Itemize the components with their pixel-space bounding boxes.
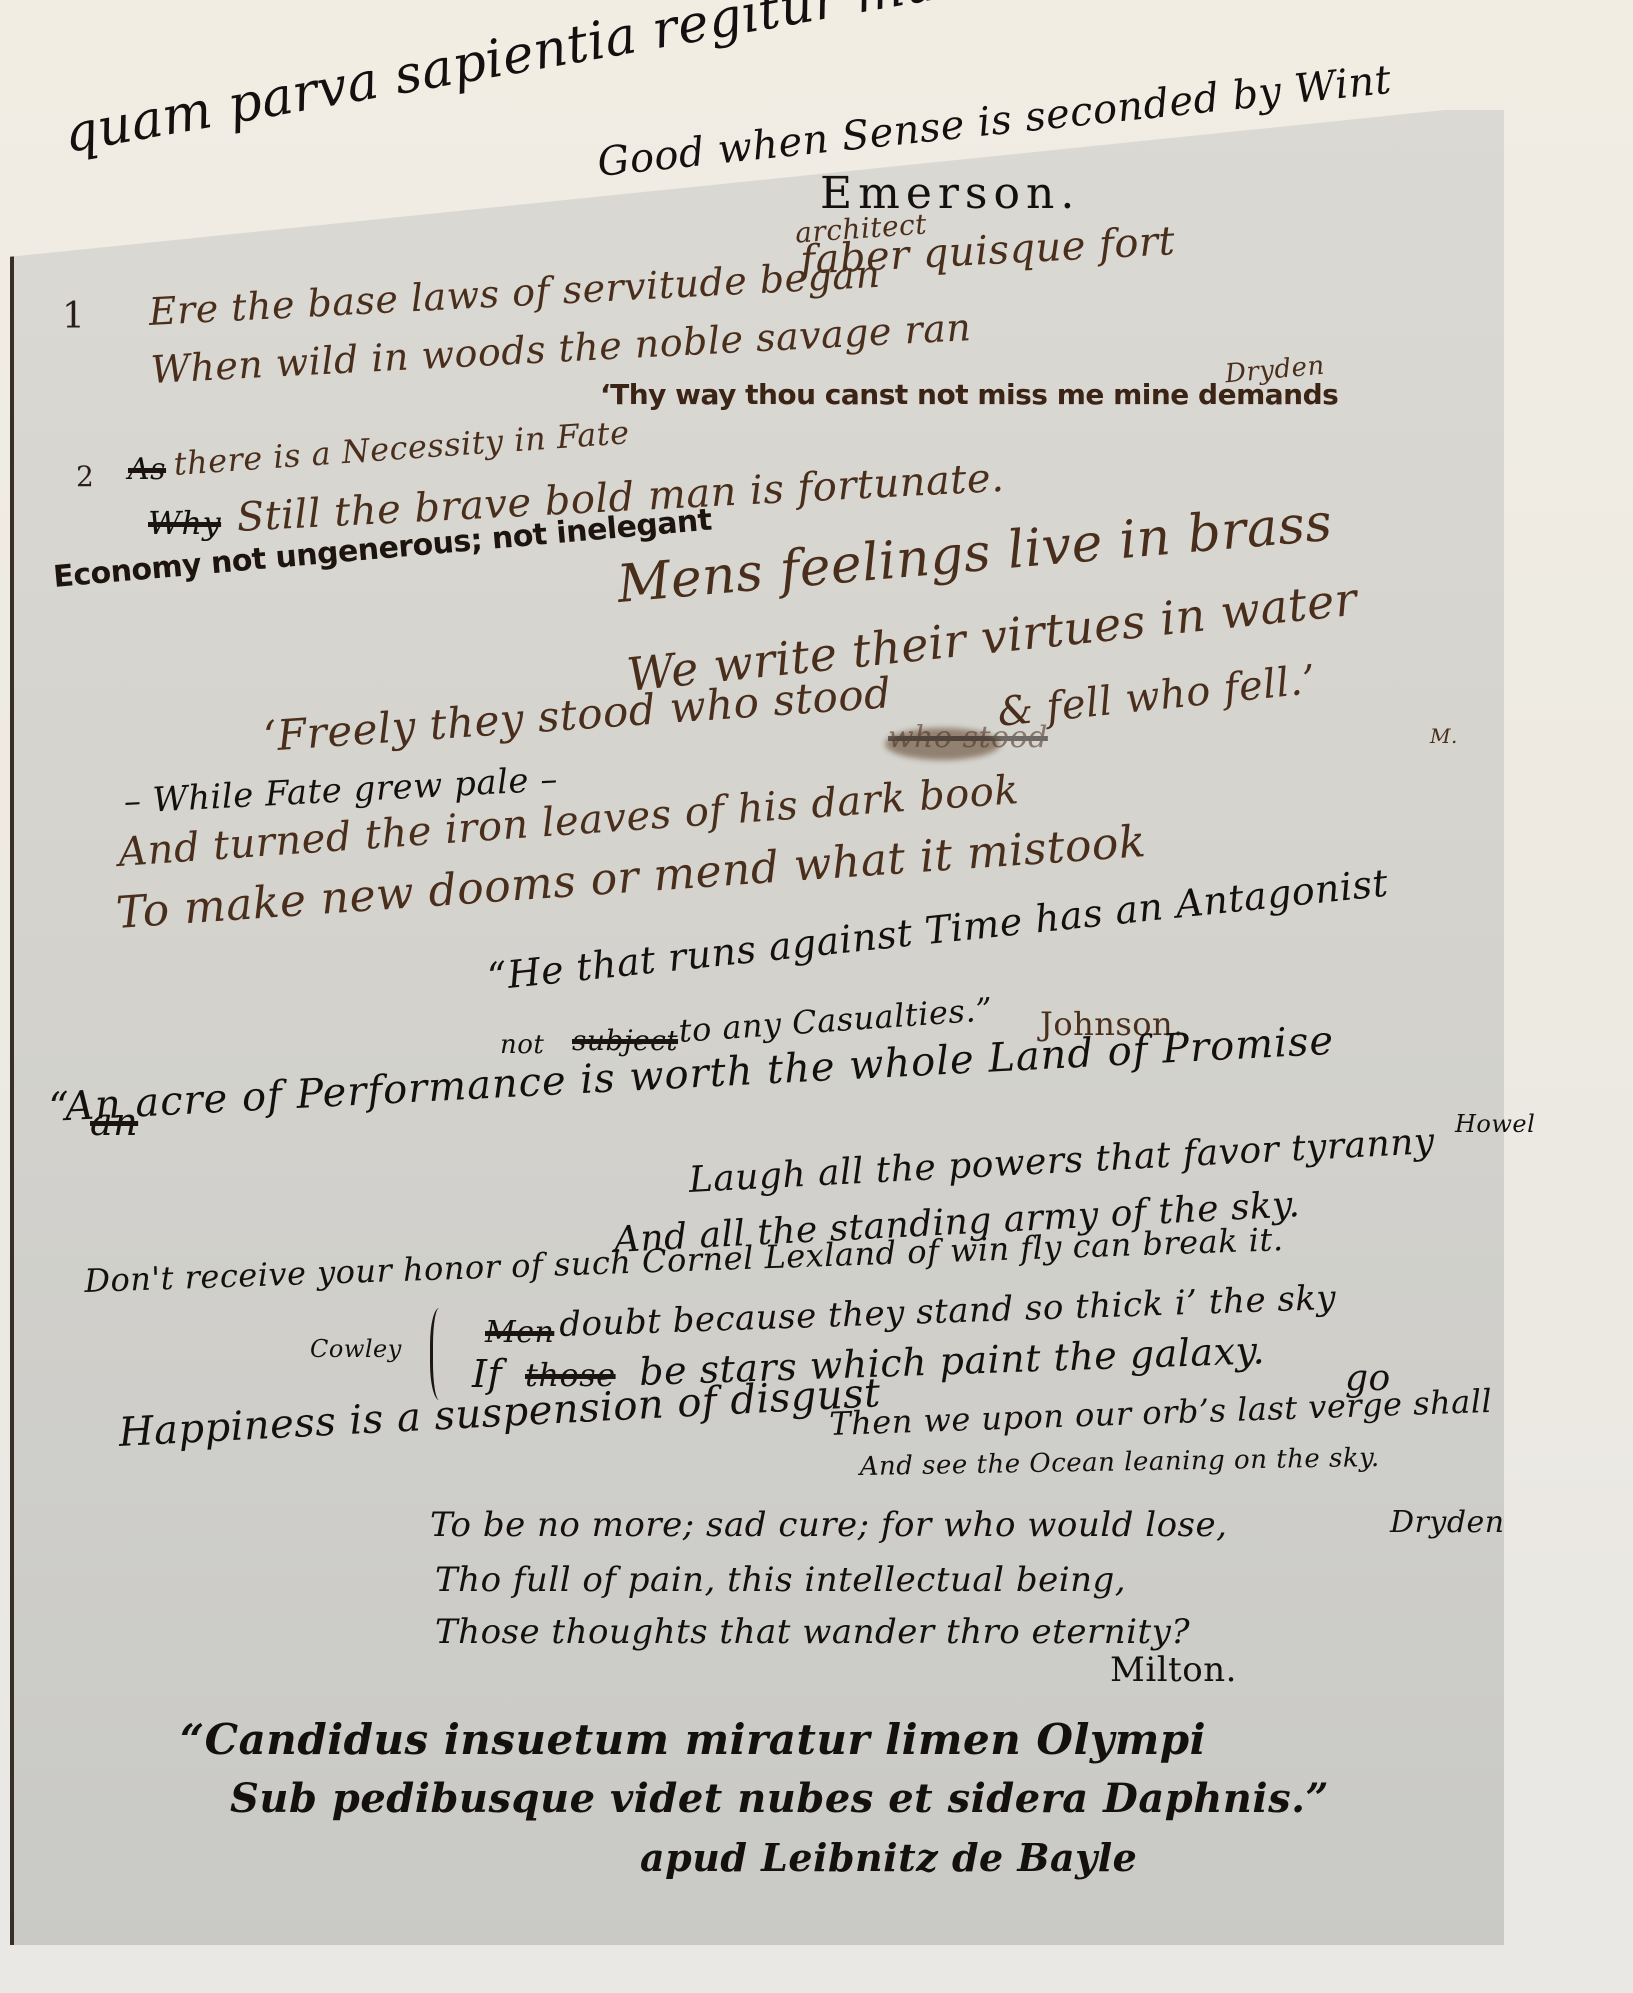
attribution-cowley: Cowley xyxy=(310,1335,402,1363)
margin-number-2: 2 xyxy=(76,460,94,493)
attribution-milton: Milton. xyxy=(1110,1650,1237,1690)
line-sub-pedibusque: Sub pedibusque videt nubes et sidera Dap… xyxy=(230,1775,1329,1822)
line-to-be-no-more: To be no more; sad cure; for who would l… xyxy=(430,1505,1227,1545)
line-not: not xyxy=(500,1030,544,1060)
attribution-leibnitz-bayle: apud Leibnitz de Bayle xyxy=(640,1835,1137,1880)
line-thy-way-thou-canst: ‘Thy way thou canst not miss me mine dem… xyxy=(600,378,1338,411)
struck-word-men: Men xyxy=(485,1315,554,1350)
attribution-dryden-2: Dryden xyxy=(1390,1505,1505,1540)
bracket-cowley xyxy=(430,1308,453,1400)
attribution-howel: Howel xyxy=(1455,1110,1535,1138)
line-candidus-insuetum: “Candidus insuetum miratur limen Olympi xyxy=(180,1715,1206,1764)
line-tho-full-of-pain: Tho full of pain, this intellectual bein… xyxy=(435,1560,1126,1600)
note-m: M. xyxy=(1430,724,1458,748)
margin-number-1: 1 xyxy=(62,296,85,337)
struck-word-why: Why xyxy=(148,504,221,542)
line-those-thoughts-that-wander: Those thoughts that wander thro eternity… xyxy=(435,1612,1190,1652)
struck-word-as: As xyxy=(128,452,166,487)
